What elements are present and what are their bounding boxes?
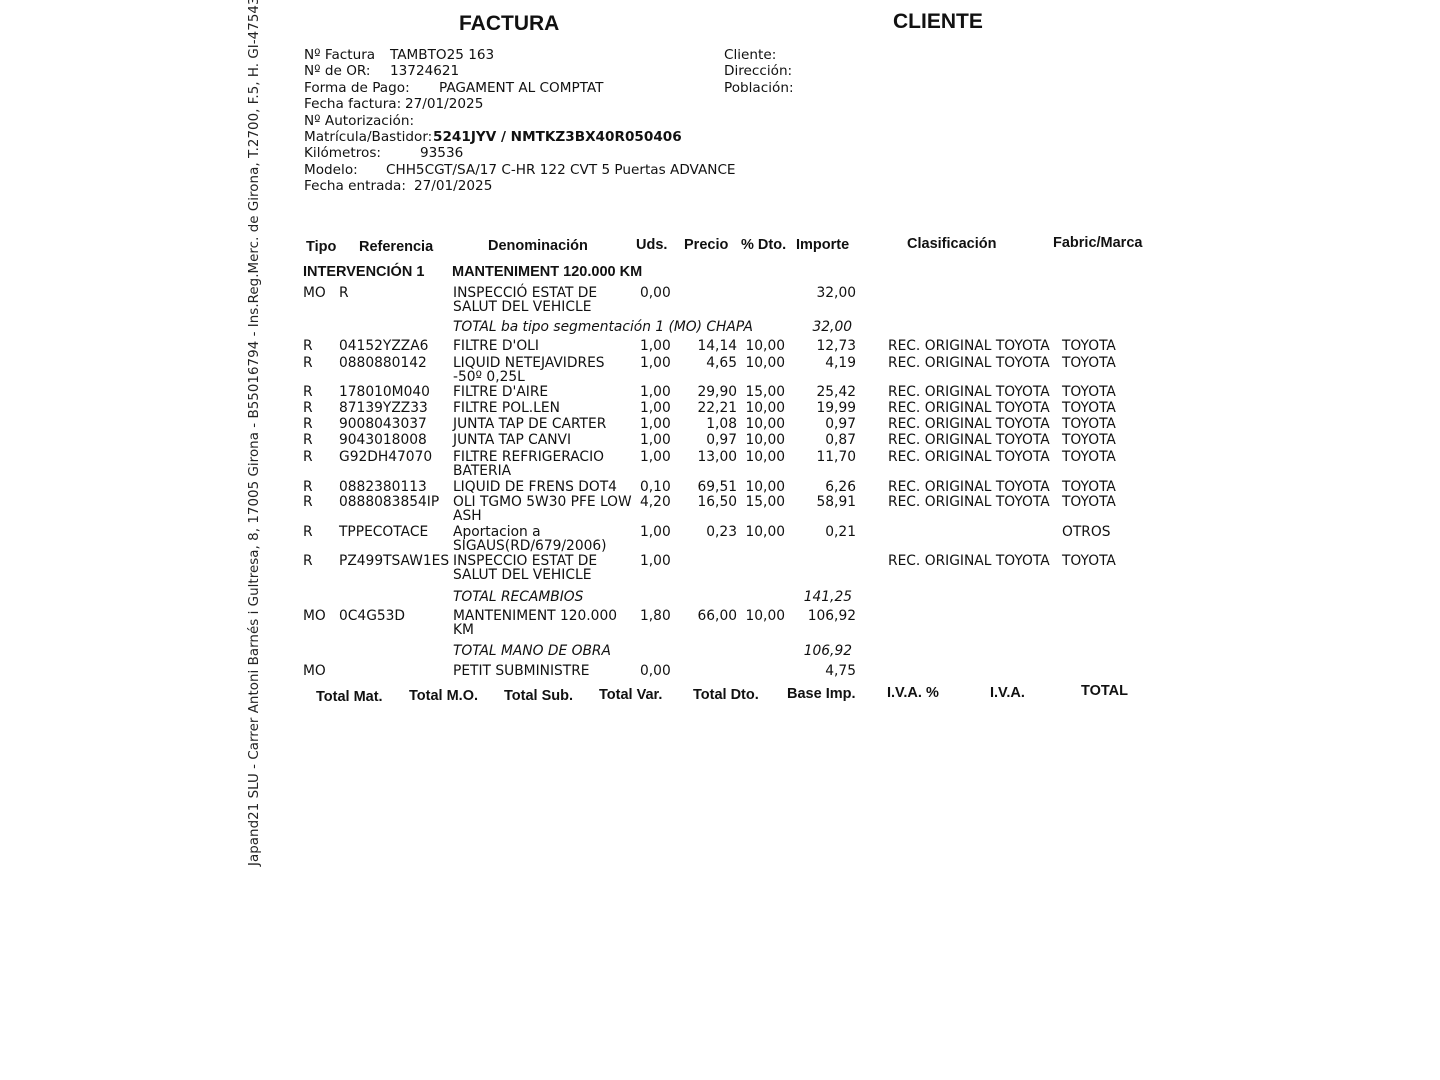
intervention-title: MANTENIMENT 120.000 KM <box>452 264 642 280</box>
line-brand: TOYOTA <box>1062 480 1116 494</box>
line-amount: 19,99 <box>786 401 856 415</box>
order-number: 13724621 <box>390 63 459 79</box>
field-label: Fecha factura: <box>304 96 401 112</box>
kilometers: 93536 <box>420 145 463 161</box>
total-labor-label: Total M.O. <box>409 688 478 704</box>
invoice-info: Nº FacturaTAMBTO25 163 Nº de OR:13724621… <box>304 47 724 195</box>
line-classification: REC. ORIGINAL TOYOTA <box>888 417 1050 431</box>
line-brand: TOYOTA <box>1062 433 1116 447</box>
line-amount: 4,75 <box>786 664 856 678</box>
line-discount: 10,00 <box>735 401 785 415</box>
line-description: FILTRE POL.LEN <box>453 401 560 415</box>
line-reference: 0882380113 <box>339 480 427 494</box>
invoice-number: TAMBTO25 163 <box>390 47 494 63</box>
col-importe: Importe <box>796 237 849 253</box>
line-amount: 0,87 <box>786 433 856 447</box>
line-description: Aportacion a <box>453 525 541 539</box>
line-type: R <box>303 450 313 464</box>
line-description: FILTRE D'OLI <box>453 339 539 353</box>
col-denominacion: Denominación <box>488 238 588 254</box>
line-discount: 10,00 <box>735 450 785 464</box>
line-units: 0,00 <box>640 286 671 300</box>
line-reference: PZ499TSAW1ES <box>339 554 449 568</box>
line-discount: 10,00 <box>735 417 785 431</box>
line-description-cont: SALUT DEL VEHICLE <box>453 300 591 314</box>
field-label: Fecha entrada: <box>304 178 406 194</box>
line-description: FILTRE REFRIGERACIO <box>453 450 604 464</box>
line-brand: TOYOTA <box>1062 417 1116 431</box>
line-type: R <box>303 385 313 399</box>
client-name-label: Cliente: <box>724 47 776 63</box>
line-amount: 32,00 <box>786 286 856 300</box>
line-description: FILTRE D'AIRE <box>453 385 548 399</box>
line-classification: REC. ORIGINAL TOYOTA <box>888 554 1050 568</box>
subtotal-amount: 106,92 <box>782 644 852 658</box>
line-type: R <box>303 401 313 415</box>
line-amount: 4,19 <box>786 356 856 370</box>
line-amount: 6,26 <box>786 480 856 494</box>
line-type: R <box>303 356 313 370</box>
plate-vin: 5241JYV / NMTKZ3BX40R050406 <box>433 129 682 145</box>
payment-method: PAGAMENT AL COMPTAT <box>439 80 603 96</box>
line-classification: REC. ORIGINAL TOYOTA <box>888 433 1050 447</box>
line-type: R <box>303 417 313 431</box>
subtotal-label: TOTAL MANO DE OBRA <box>453 644 611 658</box>
line-type: R <box>303 339 313 353</box>
line-description: INSPECCIÓ ESTAT DE <box>453 286 597 300</box>
line-reference: 9043018008 <box>339 433 427 447</box>
line-discount: 10,00 <box>735 609 785 623</box>
client-title: CLIENTE <box>893 10 983 34</box>
line-units: 1,00 <box>640 525 671 539</box>
line-price: 29,90 <box>677 385 737 399</box>
line-brand: TOYOTA <box>1062 339 1116 353</box>
line-type: R <box>303 480 313 494</box>
invoice-date: 27/01/2025 <box>405 96 483 112</box>
line-discount: 10,00 <box>735 356 785 370</box>
line-discount: 10,00 <box>735 525 785 539</box>
line-units: 0,10 <box>640 480 671 494</box>
line-amount: 11,70 <box>786 450 856 464</box>
line-price: 16,50 <box>677 495 737 509</box>
line-brand: TOYOTA <box>1062 385 1116 399</box>
line-brand: OTROS <box>1062 525 1111 539</box>
line-units: 1,00 <box>640 385 671 399</box>
line-price: 0,23 <box>677 525 737 539</box>
line-amount: 58,91 <box>786 495 856 509</box>
line-discount: 15,00 <box>735 495 785 509</box>
subtotal-label: TOTAL RECAMBIOS <box>453 590 583 604</box>
col-clasificacion: Clasificación <box>907 236 996 252</box>
line-description: INSPECCIO ESTAT DE <box>453 554 597 568</box>
line-brand: TOYOTA <box>1062 554 1116 568</box>
line-description-cont: -50º 0,25L <box>453 370 525 384</box>
line-reference: 0888083854IP <box>339 495 439 509</box>
col-marca: Fabric/Marca <box>1053 235 1142 251</box>
line-description: LIQUID NETEJAVIDRES <box>453 356 605 370</box>
line-description-cont: BATERIA <box>453 464 511 478</box>
line-reference: R <box>339 286 349 300</box>
line-brand: TOYOTA <box>1062 495 1116 509</box>
line-type: R <box>303 525 313 539</box>
line-reference: 0880880142 <box>339 356 427 370</box>
grand-total-label: TOTAL <box>1081 683 1128 699</box>
line-classification: REC. ORIGINAL TOYOTA <box>888 480 1050 494</box>
client-address-label: Dirección: <box>724 63 792 79</box>
field-label: Forma de Pago: <box>304 80 410 96</box>
field-label: Matrícula/Bastidor: <box>304 129 432 145</box>
line-description: OLI TGMO 5W30 PFE LOW <box>453 495 632 509</box>
vat-label: I.V.A. <box>990 685 1025 701</box>
total-discount-label: Total Dto. <box>693 687 759 703</box>
line-type: MO <box>303 286 326 300</box>
field-label: Modelo: <box>304 162 358 178</box>
line-units: 1,00 <box>640 450 671 464</box>
line-classification: REC. ORIGINAL TOYOTA <box>888 450 1050 464</box>
col-uds: Uds. <box>636 237 667 253</box>
line-amount: 0,21 <box>786 525 856 539</box>
line-units: 1,00 <box>640 433 671 447</box>
line-price: 4,65 <box>677 356 737 370</box>
line-price: 69,51 <box>677 480 737 494</box>
line-discount: 15,00 <box>735 385 785 399</box>
line-type: R <box>303 554 313 568</box>
line-type: R <box>303 495 313 509</box>
line-units: 1,00 <box>640 356 671 370</box>
line-units: 4,20 <box>640 495 671 509</box>
taxable-base-label: Base Imp. <box>787 686 856 702</box>
line-units: 0,00 <box>640 664 671 678</box>
line-price: 22,21 <box>677 401 737 415</box>
line-classification: REC. ORIGINAL TOYOTA <box>888 495 1050 509</box>
line-amount: 25,42 <box>786 385 856 399</box>
line-description-cont: SIGAUS(RD/679/2006) <box>453 539 607 553</box>
line-classification: REC. ORIGINAL TOYOTA <box>888 401 1050 415</box>
field-label: Nº Factura <box>304 47 375 63</box>
line-amount: 106,92 <box>786 609 856 623</box>
line-units: 1,00 <box>640 339 671 353</box>
line-reference: G92DH47070 <box>339 450 432 464</box>
line-description-cont: ASH <box>453 509 482 523</box>
line-price: 66,00 <box>677 609 737 623</box>
line-amount: 0,97 <box>786 417 856 431</box>
intervention-label: INTERVENCIÓN 1 <box>303 264 424 280</box>
total-material-label: Total Mat. <box>316 689 383 705</box>
line-price: 1,08 <box>677 417 737 431</box>
line-price: 14,14 <box>677 339 737 353</box>
subtotal-amount: 141,25 <box>782 590 852 604</box>
col-tipo: Tipo <box>306 239 336 255</box>
line-classification: REC. ORIGINAL TOYOTA <box>888 339 1050 353</box>
line-brand: TOYOTA <box>1062 401 1116 415</box>
total-var-label: Total Var. <box>599 687 662 703</box>
line-reference: 04152YZZA6 <box>339 339 428 353</box>
vat-percent-label: I.V.A. % <box>887 685 939 701</box>
vehicle-model: CHH5CGT/SA/17 C-HR 122 CVT 5 Puertas ADV… <box>386 162 736 178</box>
field-label: Nº Autorización: <box>304 113 414 129</box>
line-type: MO <box>303 664 326 678</box>
line-brand: TOYOTA <box>1062 356 1116 370</box>
client-city-label: Población: <box>724 80 794 96</box>
line-units: 1,00 <box>640 417 671 431</box>
subtotal-label: TOTAL ba tipo segmentación 1 (MO) CHAPA <box>453 320 753 334</box>
line-units: 1,80 <box>640 609 671 623</box>
line-brand: TOYOTA <box>1062 450 1116 464</box>
line-description: MANTENIMENT 120.000 <box>453 609 617 623</box>
line-classification: REC. ORIGINAL TOYOTA <box>888 356 1050 370</box>
line-discount: 10,00 <box>735 433 785 447</box>
client-info: Cliente: Dirección: Población: <box>724 47 1024 96</box>
line-amount: 12,73 <box>786 339 856 353</box>
line-description: JUNTA TAP DE CARTER <box>453 417 606 431</box>
line-description-cont: KM <box>453 623 474 637</box>
col-referencia: Referencia <box>359 239 433 255</box>
line-type: R <box>303 433 313 447</box>
line-reference: TPPECOTACE <box>339 525 428 539</box>
line-discount: 10,00 <box>735 339 785 353</box>
invoice-title: FACTURA <box>459 12 559 36</box>
entry-date: 27/01/2025 <box>414 178 492 194</box>
field-label: Nº de OR: <box>304 63 371 79</box>
field-label: Kilómetros: <box>304 145 381 161</box>
line-discount: 10,00 <box>735 480 785 494</box>
subtotal-amount: 32,00 <box>782 320 852 334</box>
line-reference: 0C4G53D <box>339 609 405 623</box>
line-price: 13,00 <box>677 450 737 464</box>
line-type: MO <box>303 609 326 623</box>
line-description: JUNTA TAP CANVI <box>453 433 571 447</box>
line-units: 1,00 <box>640 401 671 415</box>
line-reference: 178010M040 <box>339 385 430 399</box>
col-dto: % Dto. <box>741 237 786 253</box>
line-price: 0,97 <box>677 433 737 447</box>
line-units: 1,00 <box>640 554 671 568</box>
col-precio: Precio <box>684 237 728 253</box>
line-description: LIQUID DE FRENS DOT4 <box>453 480 617 494</box>
total-sub-label: Total Sub. <box>504 688 573 704</box>
line-description-cont: SALUT DEL VEHICLE <box>453 568 591 582</box>
line-description: PETIT SUBMINISTRE <box>453 664 590 678</box>
company-legal-footer: Japand21 SLU - Carrer Antoni Barnés i Gu… <box>247 0 262 866</box>
line-classification: REC. ORIGINAL TOYOTA <box>888 385 1050 399</box>
line-reference: 87139YZZ33 <box>339 401 428 415</box>
line-reference: 9008043037 <box>339 417 427 431</box>
